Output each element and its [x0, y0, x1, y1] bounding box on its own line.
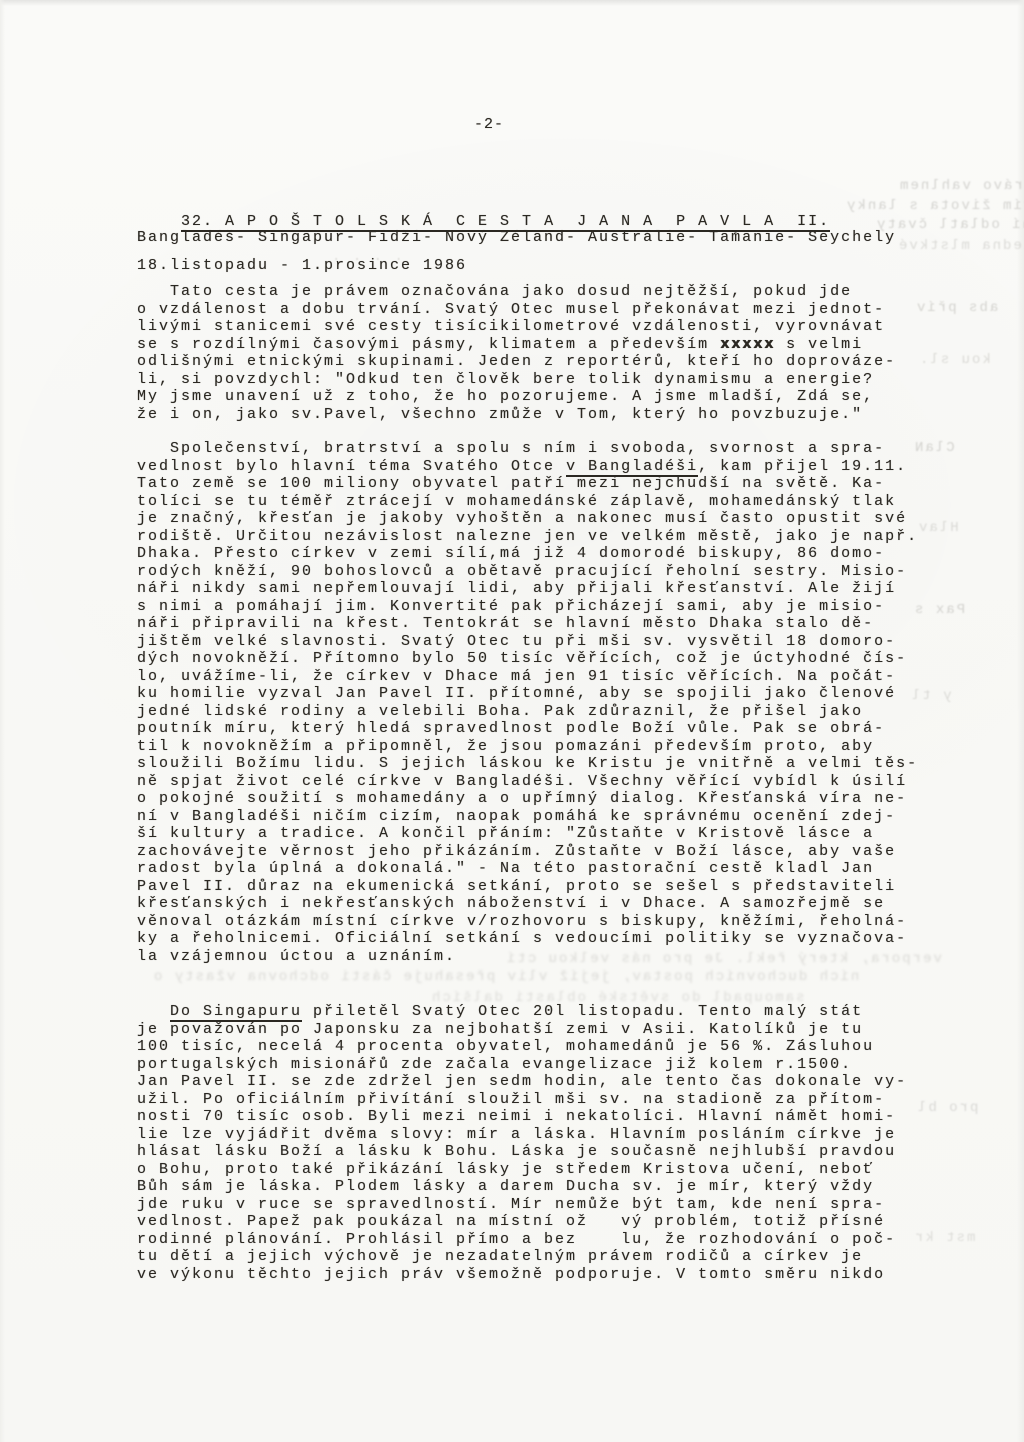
text-line: til k novokněžím a připomněl, že jsou po…: [137, 738, 927, 756]
text-line: dých novokněží. Přítomno bylo 50 tisíc v…: [137, 650, 927, 668]
text-line: zachovávejte věrnost jeho přikázáním. Zů…: [137, 843, 927, 861]
text-line: lo, uvážíme-li, že církev v Dhace má jen…: [137, 668, 927, 686]
scanned-document-page: nmad právo vahlnem amsivím života s lank…: [0, 0, 1024, 1442]
scan-edge-right: [1017, 0, 1024, 1442]
text-line: Dhaka. Přesto církev v zemi sílí,má již …: [137, 545, 927, 563]
bleedthrough-text: abs přív: [915, 300, 998, 316]
text-line: Společenství, bratrství a spolu s ním i …: [137, 440, 927, 458]
article-title: 32. A P O Š T O L S K Á C E S T A J A N …: [137, 195, 830, 213]
date-range: 18.listopadu - 1.prosince 1986: [137, 257, 467, 275]
paragraph: Do Singapuru přiletěl Svatý Otec 20l lis…: [137, 1003, 927, 1283]
text-line: křesťanských i nekřesťanských náboženstv…: [137, 895, 927, 913]
scan-edge-top: [0, 0, 1024, 6]
text-line: odlišnými etnickými skupinami. Jeden z r…: [137, 353, 927, 371]
overstruck-text: xxxxx: [720, 336, 775, 353]
text-line: sloužili Božímu lidu. S jejich láskou ke…: [137, 755, 927, 773]
paragraph: Společenství, bratrství a spolu s ním i …: [137, 440, 927, 965]
text-line: radost byla úplná a dokonalá." - Na této…: [137, 860, 927, 878]
text-line: ky a řeholnicemi. Oficiální setkání s ve…: [137, 930, 927, 948]
underlined-text: Do Singapuru: [170, 1003, 302, 1022]
text-line: ve výkonu těchto jejich práv všemožně po…: [137, 1266, 927, 1284]
text-line: nosti 70 tisíc osob. Byli mezi neimi i n…: [137, 1108, 927, 1126]
text-line: vedlnost. Papež pak poukázal na místní o…: [137, 1213, 927, 1231]
text-line: je považován po Japonsku za nejbohatší z…: [137, 1021, 927, 1039]
bleedthrough-text: kou sl.: [918, 352, 991, 368]
text-line: Tato země se 100 miliony obyvatel patří …: [137, 475, 927, 493]
text-line: Tato cesta je právem označována jako dos…: [137, 283, 927, 301]
bleedthrough-text: losaní odlatl čvaty: [875, 217, 1024, 233]
text-line: livými stanicemi své cesty tisícikilomet…: [137, 318, 927, 336]
text-line: rodiště. Určitou nezávislost nalezne jen…: [137, 528, 927, 546]
text-line: lie lze vyjádřit dvěma slovy: mír a lásk…: [137, 1126, 927, 1144]
text-line: ku homilie vyzval Jan Pavel II. přítomné…: [137, 685, 927, 703]
bleedthrough-text: nmad právo vahlnem: [898, 178, 1024, 194]
underlined-text: v Bangladéši: [566, 458, 698, 477]
text-line: se s rozdílnými časovými pásmy, klimatem…: [137, 336, 927, 354]
text-line: užil. Po oficiálním přivítání sloužil mš…: [137, 1091, 927, 1109]
text-line: jištěm velké slavnosti. Svatý Otec tu př…: [137, 633, 927, 651]
text-line: ší kultury a tradice. A končil přáním: "…: [137, 825, 927, 843]
text-line: věnoval otázkám místní církve v/rozhovor…: [137, 913, 927, 931]
text-line: tolíci se tu téměř ztrácejí v mohamedáns…: [137, 493, 927, 511]
text-line: portugalských misionářů zde začala evang…: [137, 1056, 927, 1074]
text-line: jedné lidské rodiny a velebili Boha. Pak…: [137, 703, 927, 721]
text-line: hlásat lásku Boží a lásku k Bohu. Láska …: [137, 1143, 927, 1161]
text-line: ní v Bangladéši ničím cizím, naopak pomá…: [137, 808, 927, 826]
text-line: la vzájemnou úctou a uznáním.: [137, 948, 927, 966]
text-line: rodých kněží, 90 bohoslovců a obětavě pr…: [137, 563, 927, 581]
page-number: -2-: [474, 116, 504, 134]
text-line: náři nikdy sami nepřemlouvají lidi, aby …: [137, 580, 927, 598]
text-line: My jsme unavení už z toho, že ho pozoruj…: [137, 388, 927, 406]
text-line: tu dětí a jejich výchově je nezadatelným…: [137, 1248, 927, 1266]
text-line: o Bohu, proto také přikázání lásky je st…: [137, 1161, 927, 1179]
scan-edge-left: [0, 0, 5, 1442]
text-line: ně spjat život celé církve v Bangladéši.…: [137, 773, 927, 791]
paragraph: Tato cesta je právem označována jako dos…: [137, 283, 927, 423]
text-line: o vzdálenost a dobu trvání. Svatý Otec m…: [137, 301, 927, 319]
document-body: Tato cesta je právem označována jako dos…: [137, 283, 927, 1283]
bleedthrough-text: ledna mlstkvé: [897, 238, 1024, 254]
text-line: náři připravili na křest. Tentokrát se h…: [137, 615, 927, 633]
text-line: jde ruku v ruce se spravedlností. Mír ne…: [137, 1196, 927, 1214]
text-line: poutník míru, který hledá spravedlnost p…: [137, 720, 927, 738]
bleedthrough-text: amsivím života s lanky: [845, 198, 1024, 214]
text-line: Jan Pavel II. se zde zdržel jen sedm hod…: [137, 1073, 927, 1091]
text-line: je značný, křesťan je jakoby vyhoštěn a …: [137, 510, 927, 528]
route-line: Bangladéš- Singapur- Fidži- Nový Zéland-…: [137, 229, 896, 247]
text-line: vedlnost bylo hlavní téma Svatého Otce v…: [137, 458, 927, 476]
text-line: s nimi a pomáhají jim. Konvertité pak př…: [137, 598, 927, 616]
text-line: rodinné plánování. Prohlásil přímo a bez…: [137, 1231, 927, 1249]
text-line: 100 tisíc, necelá 4 procenta obyvatel, m…: [137, 1038, 927, 1056]
text-line: že i on, jako sv.Pavel, všechno zmůže v …: [137, 406, 927, 424]
text-line: o pokojné soužití s mohamedány a o upřím…: [137, 790, 927, 808]
text-line: Do Singapuru přiletěl Svatý Otec 20l lis…: [137, 1003, 927, 1021]
text-line: Bůh sám je láska. Plodem lásky a darem D…: [137, 1178, 927, 1196]
text-line: li, si povzdychl: "Odkud ten člověk bere…: [137, 371, 927, 389]
text-line: Pavel II. důraz na ekumenická setkání, p…: [137, 878, 927, 896]
